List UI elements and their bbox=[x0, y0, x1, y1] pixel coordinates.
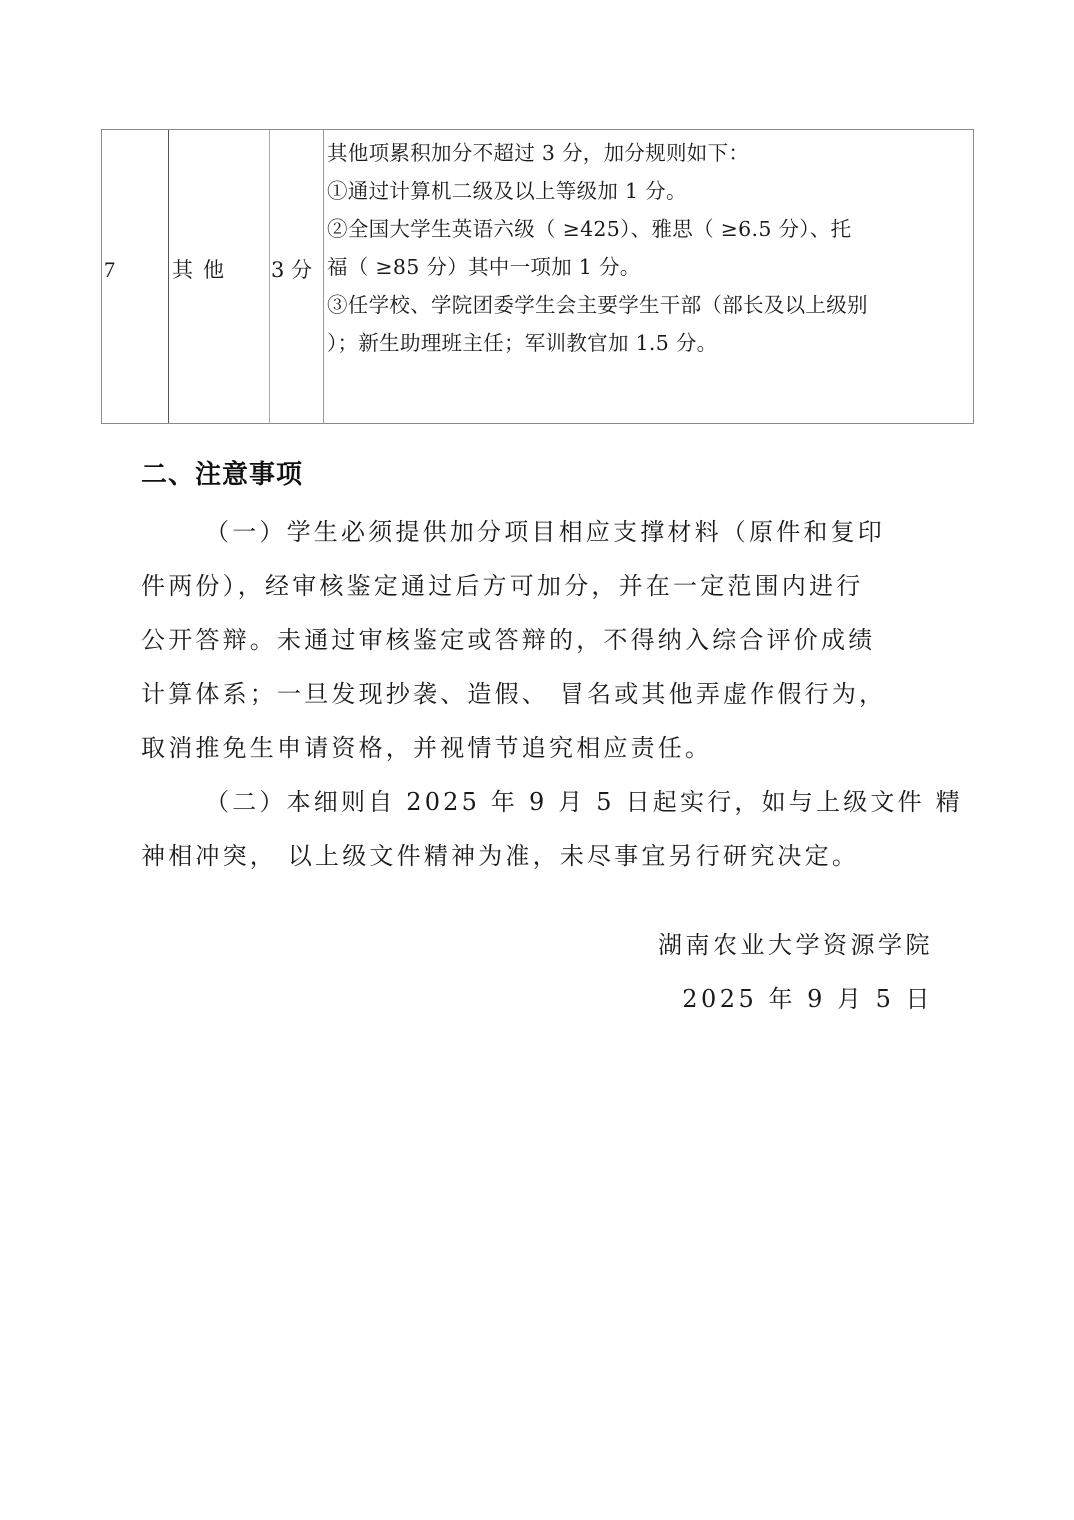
paragraph-line: 取消推免生申请资格，并视情节追究相应责任。 bbox=[141, 721, 936, 775]
description-line: ）；新生助理班主任；军训教官加 1.5 分。 bbox=[327, 324, 973, 362]
signature-block: 湖南农业大学资源学院 2025 年 9 月 5 日 bbox=[658, 918, 933, 1026]
notice-paragraph-2: （二）本细则自 2025 年 9 月 5 日起实行，如与上级文件 精 神相冲突，… bbox=[141, 775, 936, 883]
paragraph-line: （二）本细则自 2025 年 9 月 5 日起实行，如与上级文件 精 bbox=[141, 775, 936, 829]
description-line: ①通过计算机二级及以上等级加 1 分。 bbox=[327, 172, 973, 210]
table-cell-description: 其他项累积加分不超过 3 分，加分规则如下： ①通过计算机二级及以上等级加 1 … bbox=[324, 130, 973, 423]
table-cell-category: 其他 bbox=[169, 130, 270, 423]
paragraph-line: 件两份），经审核鉴定通过后方可加分，并在一定范围内进行 bbox=[141, 559, 936, 613]
row-number: 7 bbox=[104, 256, 115, 284]
description-line: ②全国大学生英语六级（ ≥425）、雅思（ ≥6.5 分）、托 bbox=[327, 210, 973, 248]
document-page: 7 其他 3 分 其他项累积加分不超过 3 分，加分规则如下： ①通过计算机二级… bbox=[0, 0, 1074, 1520]
table-cell-number: 7 bbox=[102, 130, 169, 423]
paragraph-line: 神相冲突， 以上级文件精神为准，未尽事宜另行研究决定。 bbox=[141, 829, 936, 883]
paragraph-line: 公开答辩。未通过审核鉴定或答辩的，不得纳入综合评价成绩 bbox=[141, 613, 936, 667]
paragraph-line: （一）学生必须提供加分项目相应支撑材料（原件和复印 bbox=[141, 505, 936, 559]
table-cell-points: 3 分 bbox=[270, 130, 324, 423]
row-category: 其他 bbox=[172, 256, 234, 284]
signature-organization: 湖南农业大学资源学院 bbox=[658, 918, 933, 972]
description-text: 其他项累积加分不超过 3 分，加分规则如下： ①通过计算机二级及以上等级加 1 … bbox=[327, 134, 973, 362]
section-heading: 二、注意事项 bbox=[141, 457, 303, 493]
description-line: ③任学校、学院团委学生会主要学生干部（部长及以上级别 bbox=[327, 286, 973, 324]
bonus-rules-table: 7 其他 3 分 其他项累积加分不超过 3 分，加分规则如下： ①通过计算机二级… bbox=[101, 129, 974, 424]
paragraph-line: 计算体系；一旦发现抄袭、造假、 冒名或其他弄虚作假行为， bbox=[141, 667, 936, 721]
notice-paragraph-1: （一）学生必须提供加分项目相应支撑材料（原件和复印 件两份），经审核鉴定通过后方… bbox=[141, 505, 936, 775]
description-line: 福（ ≥85 分）其中一项加 1 分。 bbox=[327, 248, 973, 286]
signature-date: 2025 年 9 月 5 日 bbox=[658, 972, 933, 1026]
description-line: 其他项累积加分不超过 3 分，加分规则如下： bbox=[327, 134, 973, 172]
row-points: 3 分 bbox=[271, 256, 312, 284]
